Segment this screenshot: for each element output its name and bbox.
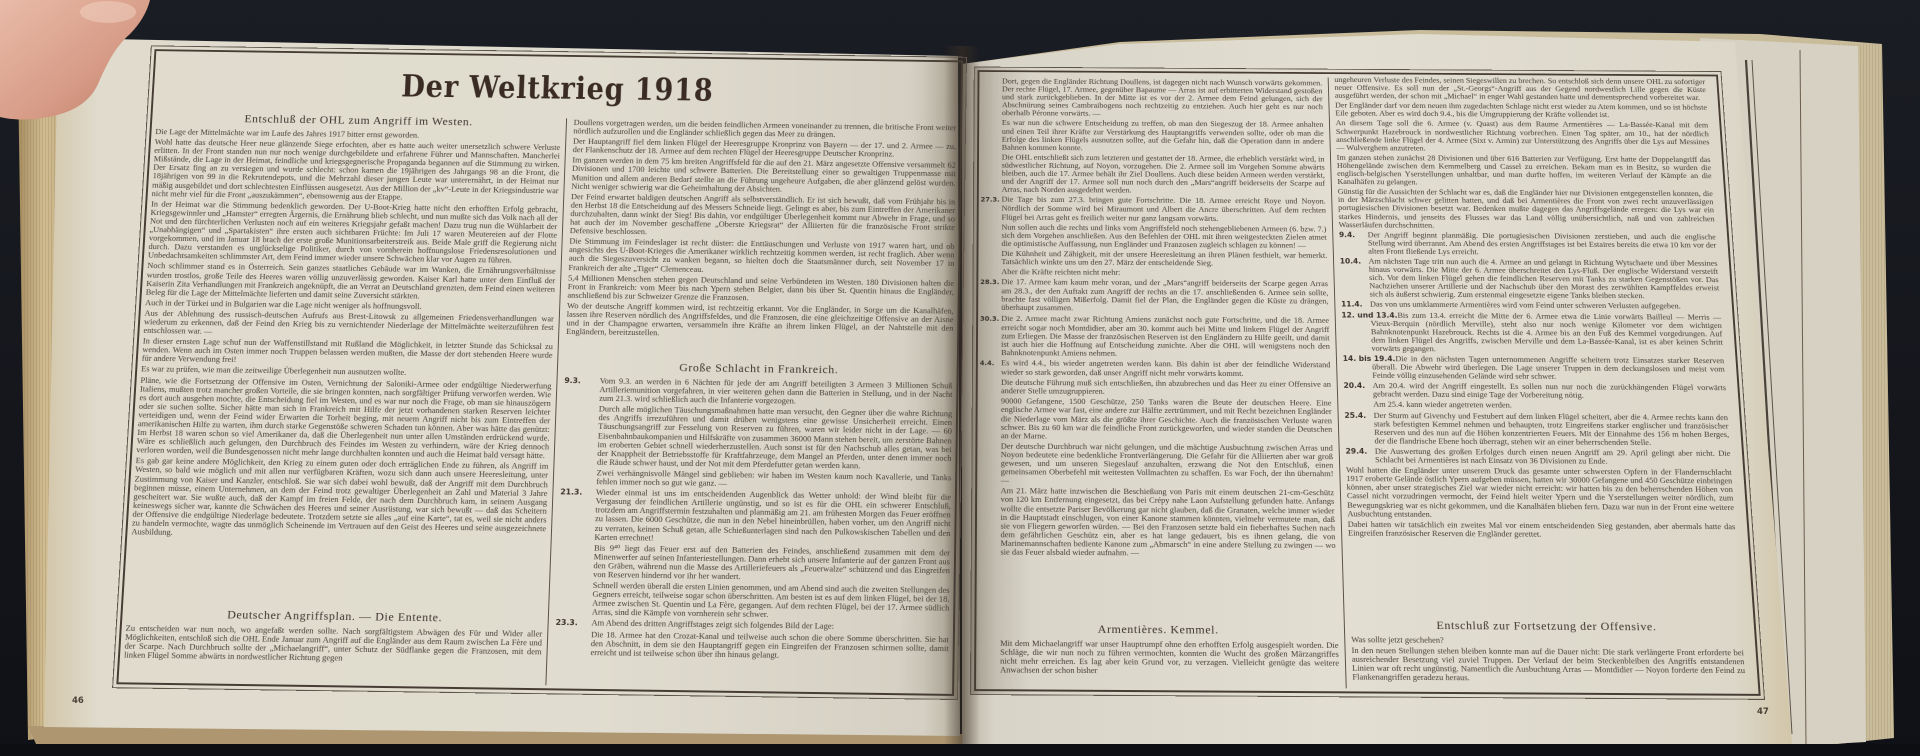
- title-text: Der Weltkrieg 1918: [401, 66, 715, 111]
- dated-entry: Nun sollen auch die rechts und links vom…: [980, 223, 1327, 250]
- entry-text: 90000 Gefangene, 1500 Geschütze, 250 Tan…: [1001, 396, 1333, 440]
- entry-text: Schnell werden überall die ersten Linien…: [592, 580, 950, 619]
- section-heading: Armentières. Kemmel.: [978, 621, 1338, 637]
- entry-date: 10.4.: [1340, 257, 1369, 265]
- thumbnail-highlight: [80, 1, 136, 23]
- right-column-section-1: Doullens vorgetragen werden, um die beid…: [565, 118, 956, 364]
- left-column-section-1: Dort, gegen die Engländer Richtung Doull…: [978, 77, 1337, 621]
- dated-entry: Durch alle möglichen Täuschungsmaßnahmen…: [561, 404, 952, 471]
- paragraph: Es gab gar keine andere Möglichkeit, den…: [131, 457, 548, 543]
- entry-text: Es war nun die schwere Entscheidung zu t…: [1002, 118, 1324, 152]
- dated-entry: 28.3.Die 17. Armee kam kaum mehr voran, …: [980, 278, 1329, 314]
- entry-date: [555, 636, 591, 637]
- entry-text: Die 2. Armee macht zwar Richtung Amiens …: [1001, 313, 1330, 357]
- left-page: Der Weltkrieg 1918 Entschluß der OHL zum…: [112, 45, 967, 700]
- entry-text: Durch alle möglichen Täuschungsmaßnahmen…: [597, 404, 952, 470]
- paragraph: Der Feind erwartet baldigen deutschen An…: [570, 192, 956, 240]
- entry-text: Die Auswertung des großen Erfolges durch…: [1375, 446, 1731, 465]
- dated-entry: 90000 Gefangene, 1500 Geschütze, 250 Tan…: [979, 397, 1332, 442]
- entry-text: Die deutsche Führung muß sich entschließ…: [1001, 378, 1331, 396]
- entry-text: Die OHL entschließt sich zum letzteren u…: [1002, 152, 1326, 194]
- dated-entry: 21.3.Wieder einmal ist uns im entscheide…: [559, 488, 951, 547]
- entry-text: Die Kühnheit und Zähigkeit, mit der unse…: [1001, 249, 1327, 268]
- entry-text: Es wird 4.4., bis wieder angetreten werd…: [1001, 358, 1330, 378]
- entry-date: 4.4.: [980, 360, 1001, 369]
- entry-text: Nun sollen auch die rechts und links vom…: [1001, 222, 1326, 249]
- dated-entry: Schnell werden überall die ersten Linien…: [556, 581, 950, 622]
- table-shadow: [0, 744, 1920, 756]
- right-column-section-2: Entschluß zur Fortsetzung der Offensive.…: [1351, 618, 1747, 693]
- paragraph: Noch schlimmer stand es in Österreich. S…: [146, 262, 556, 302]
- left-column-section-2: Deutscher Angriffsplan. — Die Entente. Z…: [122, 606, 543, 687]
- dated-entry: Es war nun die schwere Entscheidung zu t…: [981, 119, 1324, 153]
- dated-entry: 9.3.Vom 9.3. an werden in 6 Nächten für …: [564, 376, 953, 408]
- dated-entry: Die Kühnheit und Zähigkeit, mit der unse…: [980, 249, 1327, 268]
- paragraph: Dabei hatten wir tatsächlich ein zweites…: [1348, 520, 1737, 540]
- paragraph: In der Heimat war die Stimmung bedenklic…: [148, 200, 558, 266]
- dated-entry: 4.4.Es wird 4.4., bis wieder angetreten …: [980, 359, 1331, 379]
- paragraph: An diesem Tage soll die 6. Armee (v. Qua…: [1336, 119, 1711, 154]
- entry-text: Der Sturm auf Givenchy und Festubert auf…: [1373, 410, 1729, 447]
- right-page: Dort, gegen die Engländer Richtung Doull…: [970, 67, 1765, 700]
- paragraph: Mit dem Michaelangriff war unser Hauptru…: [978, 639, 1339, 677]
- paragraph: Wohl hatte das deutsche Heer neue glänze…: [151, 138, 560, 204]
- paragraph: Die Stimmung im Feindeslager ist recht d…: [568, 237, 954, 277]
- paragraph: Günstig für die Aussichten der Schlacht …: [1338, 188, 1716, 231]
- dated-entry: 30.3.Die 2. Armee macht zwar Richtung Am…: [980, 314, 1330, 359]
- left-column-section-1: Entschluß der OHL zum Angriff im Westen.…: [127, 111, 561, 610]
- entry-date: 25.4.: [1344, 411, 1373, 420]
- entry-date: 29.4.: [1345, 447, 1375, 456]
- entry-date: 9.4.: [1339, 230, 1368, 238]
- dated-entry: Bis 9⁴⁰ liegt das Feuer erst auf den Bat…: [557, 543, 950, 584]
- paragraph: Wo der deutsche Angriff kommen wird, ist…: [566, 301, 954, 341]
- dated-entry: 29.4.Die Auswertung des großen Erfolges …: [1345, 447, 1731, 467]
- entry-date: 20.4.: [1343, 382, 1372, 391]
- entry-date: 23.3.: [555, 618, 591, 627]
- paragraph: 5,4 Millionen Menschen stehen gegen Deut…: [567, 274, 954, 305]
- entry-text: Am nächsten Tage tritt nun auch die 4. A…: [1368, 256, 1719, 300]
- dated-entry: 10.4.Am nächsten Tage tritt nun auch die…: [1340, 257, 1720, 301]
- entry-text: Am 21. März hatte inzwischen die Beschie…: [1000, 486, 1335, 557]
- entry-date: 28.3.: [980, 279, 1001, 287]
- section-heading: Entschluß zur Fortsetzung der Offensive.: [1351, 618, 1743, 634]
- dated-entry: Die OHL entschließt sich zum letzteren u…: [981, 153, 1326, 196]
- entry-text: Bis 9⁴⁰ liegt das Feuer erst auf den Bat…: [593, 542, 950, 581]
- entry-text: Die Tage bis zum 27.3. bringen gute Fort…: [1002, 195, 1326, 223]
- dated-entry: 27.3.Die Tage bis zum 27.3. bringen gute…: [981, 196, 1327, 224]
- right-column-section-1: ungeheuren Verluste des Feindes, seinen …: [1334, 76, 1741, 618]
- right-column-section-2: Große Schlacht in Frankreich. 9.3.Vom 9.…: [553, 359, 953, 691]
- paragraph: Wohl hatten die Engländer unter unserem …: [1346, 466, 1735, 520]
- entry-text: Das von uns umklammerte Armentières wird…: [1370, 300, 1681, 311]
- dated-entry: Dort, gegen die Engländer Richtung Doull…: [981, 77, 1323, 119]
- dated-entry: Der deutsche Durchbruch war nicht gelung…: [979, 442, 1334, 487]
- dated-entry: 14. bis 19.4.Die in den nächsten Tagen u…: [1343, 354, 1726, 382]
- dated-entry: 25.4.Der Sturm auf Givenchy und Festuber…: [1344, 411, 1730, 448]
- entry-text: Am 25.4. kann wieder angetreten werden.: [1373, 400, 1512, 410]
- page-number-left: 46: [72, 696, 84, 706]
- holding-hand: [0, 0, 170, 130]
- page-number-right: 47: [1757, 707, 1769, 717]
- entry-text: Vom 9.3. an werden in 6 Nächten für jede…: [599, 376, 953, 406]
- paragraph: Zu entscheiden war nun noch, wo angefaßt…: [124, 624, 543, 666]
- entry-text: Bis zum 13.4. erreicht die Mitte der 6. …: [1370, 310, 1723, 353]
- entry-text: Aber die Kräfte reichten nicht mehr:: [1001, 267, 1120, 277]
- paragraph: Im ganzen stehen zunächst 28 Divisionen …: [1337, 153, 1713, 188]
- paragraph: Pläne, wie die Fortsetzung der Offensive…: [136, 376, 552, 461]
- entry-date: 11.4.: [1341, 300, 1370, 309]
- entry-text: Wieder einmal ist uns im entscheidenden …: [594, 487, 951, 542]
- dated-entry: 20.4.Am 20.4. wird der Angriff eingestel…: [1343, 382, 1726, 401]
- entry-date: 9.3.: [564, 376, 600, 385]
- entry-text: Die 17. Armee kam kaum mehr voran, und d…: [1001, 277, 1328, 313]
- entry-date: 30.3.: [980, 315, 1001, 324]
- dated-entry: Die deutsche Führung muß sich entschließ…: [980, 378, 1332, 397]
- dated-entry: Am 21. März hatte inzwischen die Beschie…: [979, 487, 1336, 559]
- entry-text: Der deutsche Durchbruch war nicht gelung…: [1001, 441, 1334, 485]
- entry-text: Der Angriff beginnt planmäßig. Die portu…: [1368, 230, 1717, 256]
- dated-entry: 12. und 13.4.Bis zum 13.4. erreicht die …: [1341, 311, 1723, 355]
- paragraph: In den neuen Stellungen stehen bleiben k…: [1351, 646, 1746, 684]
- dated-entry: 9.4.Der Angriff beginnt planmäßig. Die p…: [1339, 230, 1717, 257]
- entry-text: Dort, gegen die Engländer Richtung Doull…: [1002, 77, 1323, 118]
- entry-text: Am 20.4. wird der Angriff eingestellt. E…: [1373, 381, 1727, 400]
- entry-text: Die in den nächsten Tagen unternommenen …: [1372, 354, 1725, 381]
- entry-text: Die 18. Armee hat den Crozat-Kanal und t…: [590, 629, 949, 660]
- entry-date: 27.3.: [981, 196, 1002, 204]
- left-column-section-2: Armentières. Kemmel. Mit dem Michaelangr…: [978, 621, 1340, 690]
- dated-entry: Die 18. Armee hat den Crozat-Kanal und t…: [554, 629, 949, 662]
- paragraph: ungeheuren Verluste des Feindes, seinen …: [1334, 76, 1706, 102]
- paragraph: Im ganzen werden in dem 75 km breiten An…: [571, 156, 956, 196]
- paragraph: Der Engländer darf vor dem neuen ihm zug…: [1335, 102, 1708, 120]
- entry-date: 21.3.: [560, 488, 596, 497]
